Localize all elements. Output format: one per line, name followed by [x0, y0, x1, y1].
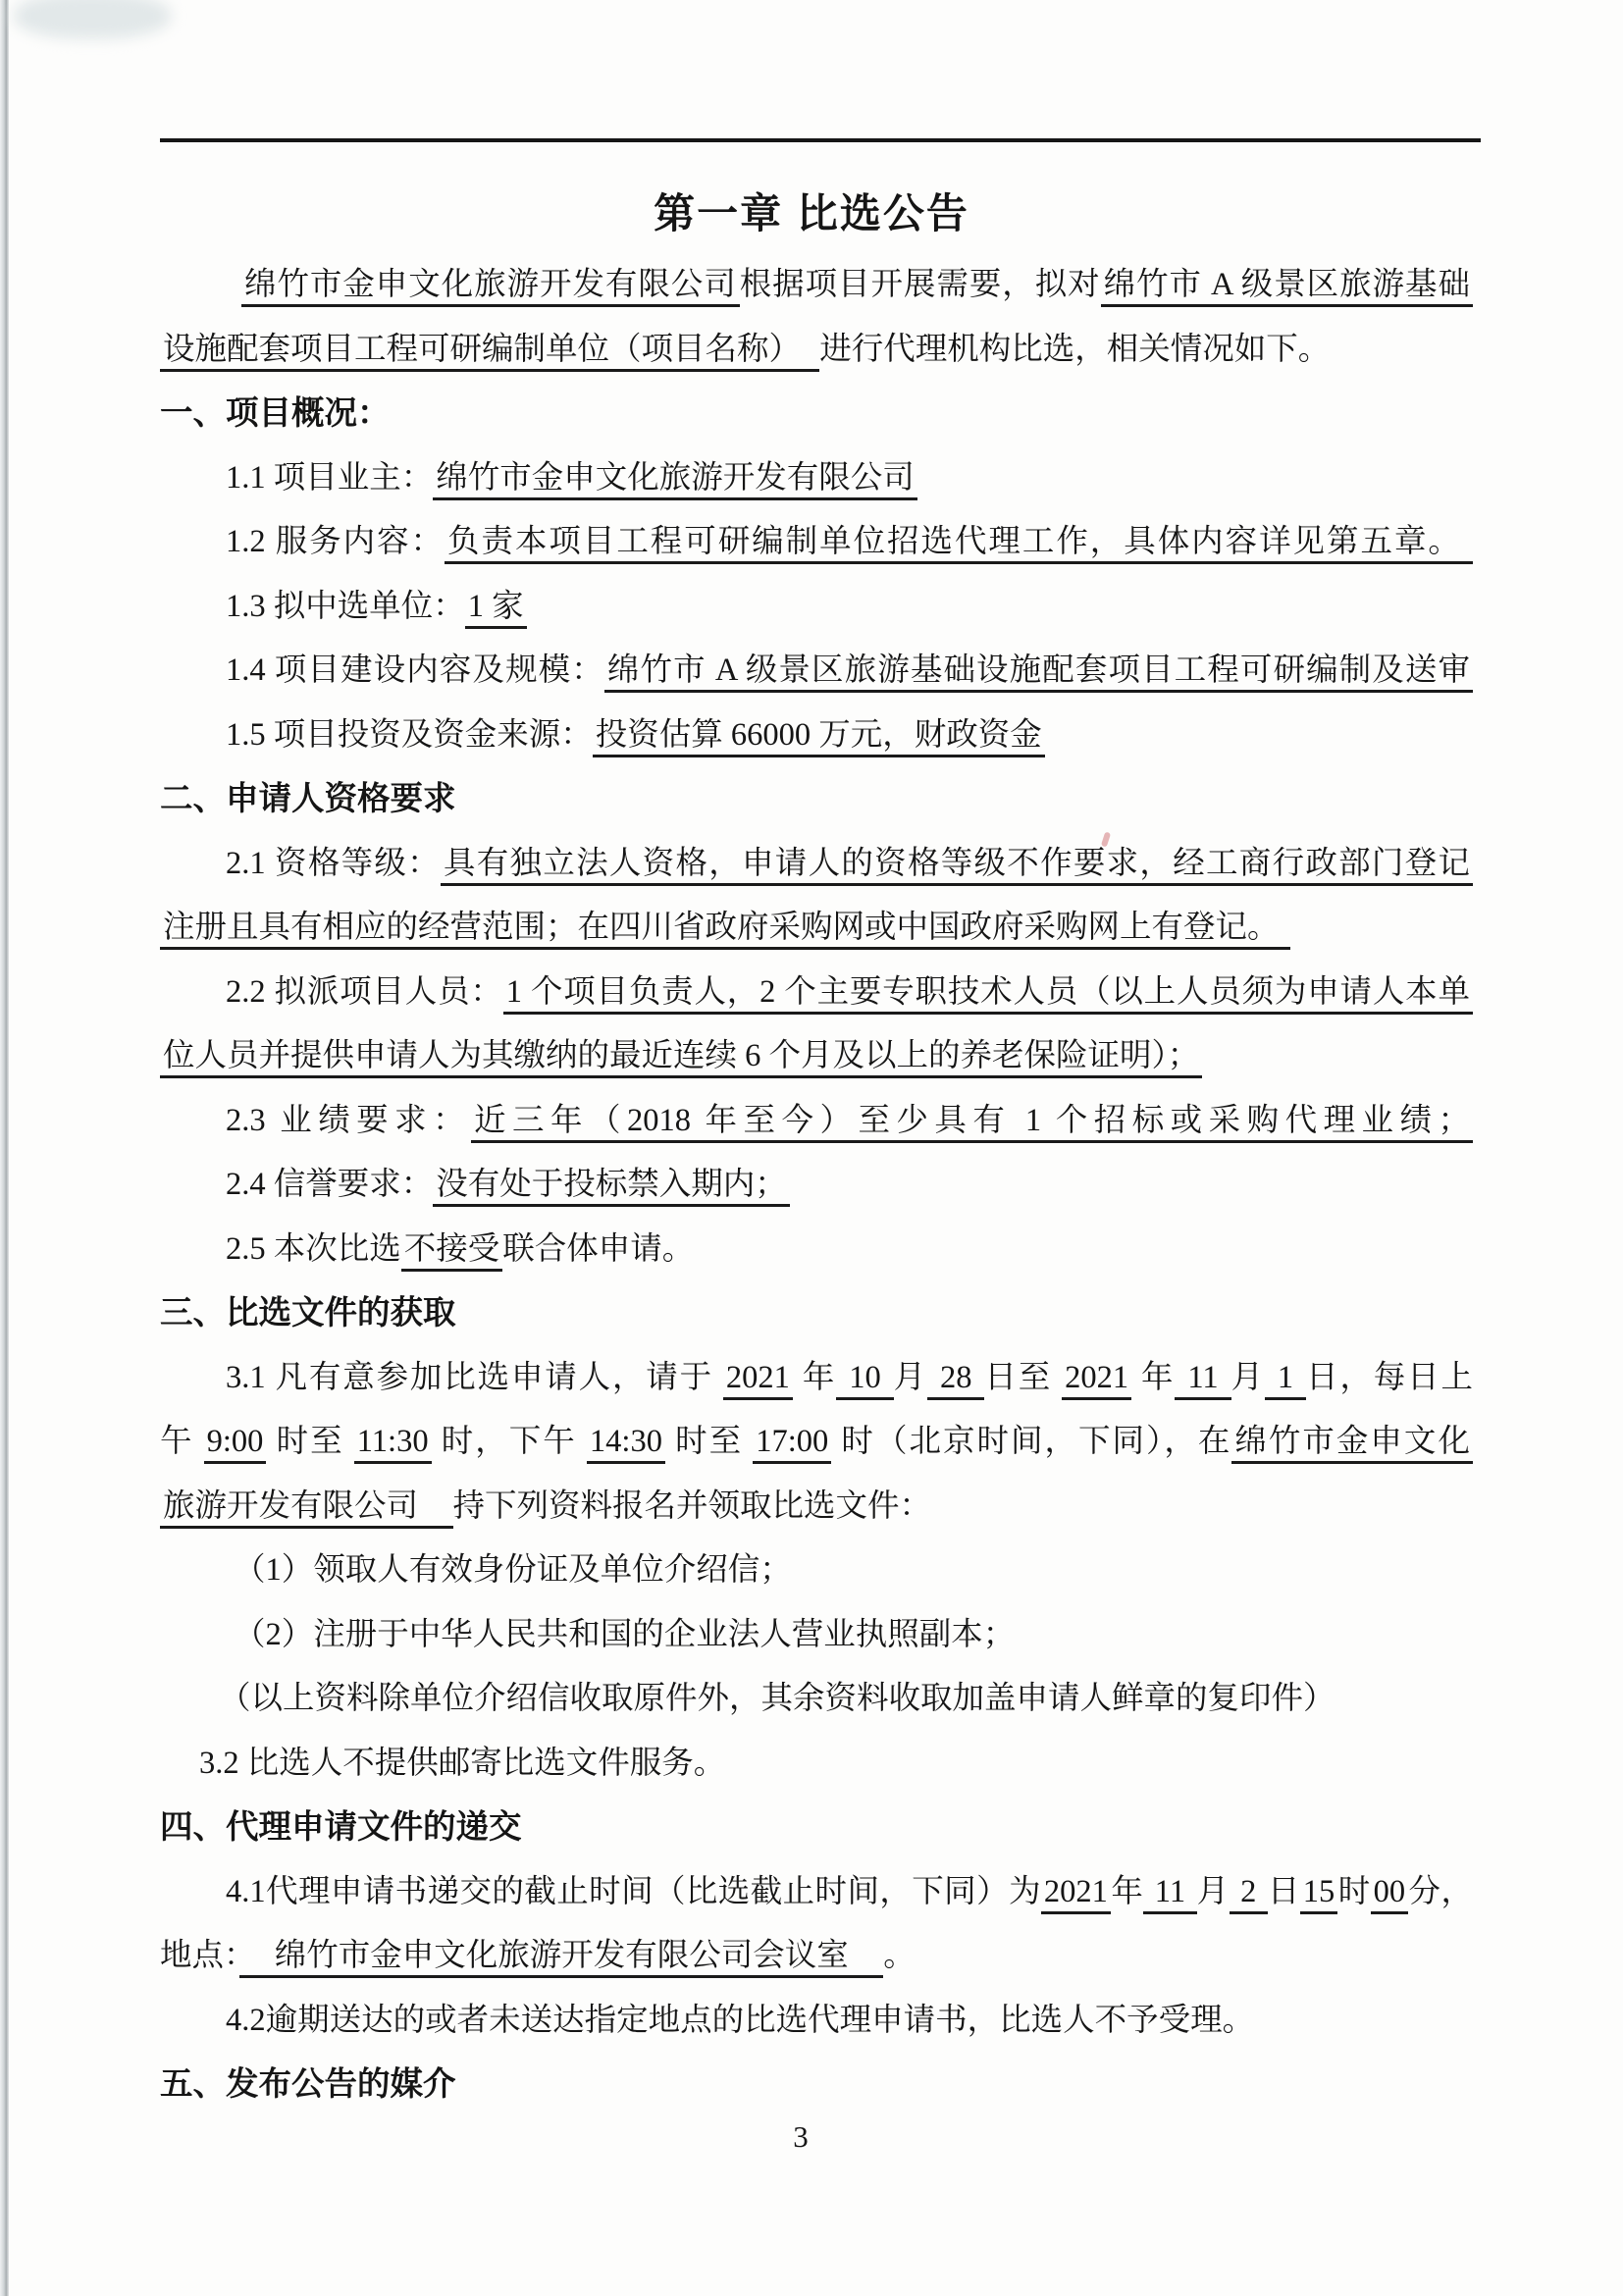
text-segment: 根据项目开展需要，拟对 [740, 267, 1101, 302]
text-segment: 二、申请人资格要求 [160, 781, 456, 817]
text-line: 地点： 绵竹市金申文化旅游开发有限公司会议室 。 [160, 1924, 1473, 1989]
text-line: 1.2 服务内容：负责本项目工程可研编制单位招选代理工作，具体内容详见第五章。 [160, 510, 1473, 575]
text-line: 2.4 信誉要求：没有处于投标禁入期内； [160, 1153, 1473, 1218]
underlined-text-segment: 00 [1371, 1874, 1409, 1914]
text-line: 2.2 拟派项目人员：1 个项目负责人，2 个主要专职技术人员（以上人员须为申请… [160, 961, 1473, 1025]
text-segment: 日 [1268, 1874, 1300, 1909]
header-rule [160, 138, 1481, 142]
text-segment: 2.4 信誉要求： [226, 1167, 433, 1202]
text-line: 1.3 拟中选单位：1 家 [160, 575, 1473, 640]
section-heading: 二、申请人资格要求 [160, 767, 1473, 832]
text-line: 注册且具有相应的经营范围；在四川省政府采购网或中国政府采购网上有登记。 [160, 896, 1473, 961]
text-line: 1.1 项目业主：绵竹市金申文化旅游开发有限公司 [160, 446, 1473, 511]
text-segment: （2）注册于中华人民共和国的企业法人营业执照副本； [234, 1617, 1015, 1652]
section-heading: 五、发布公告的媒介 [160, 2053, 1473, 2117]
text-segment: 时，下午 [432, 1424, 587, 1459]
underlined-text-segment: 近三年（2018 年至今）至少具有 1 个招标或采购代理业绩； [471, 1103, 1473, 1143]
text-segment: 午 [160, 1424, 204, 1459]
underlined-text-segment: 位人员并提供申请人为其缴纳的最近连续 6 个月及以上的养老保险证明）； [160, 1038, 1202, 1078]
text-line: 午 9:00 时至 11:30 时，下午 14:30 时至 17:00 时（北京… [160, 1410, 1473, 1475]
underlined-text-segment: 2021 [1041, 1874, 1111, 1914]
text-line: 2.5 本次比选不接受联合体申请。 [160, 1218, 1473, 1282]
underlined-text-segment: 投资估算 66000 万元，财政资金 [593, 717, 1045, 757]
text-segment: 1.3 拟中选单位： [226, 589, 465, 624]
section-heading: 三、比选文件的获取 [160, 1281, 1473, 1346]
text-segment: （以上资料除单位介绍信收取原件外，其余资料收取加盖申请人鲜章的复印件） [219, 1681, 1335, 1716]
text-segment: 2.3 业绩要求： [226, 1103, 471, 1138]
underlined-text-segment: 绵竹市 A 级景区旅游基础设施配套项目工程可研编制及送审 [604, 652, 1473, 693]
text-segment: 地点： [160, 1938, 239, 1973]
underlined-text-segment: 没有处于投标禁入期内； [433, 1167, 790, 1207]
text-line: 3.1 凡有意参加比选申请人，请于 2021 年 10 月 28 日至 2021… [160, 1346, 1473, 1411]
underlined-text-segment: 2 [1230, 1874, 1268, 1914]
underlined-text-segment: 11:30 [354, 1424, 432, 1464]
scan-smudge-artifact [14, 0, 171, 39]
text-segment: 年 [1131, 1360, 1175, 1395]
text-line: 1.4 项目建设内容及规模：绵竹市 A 级景区旅游基础设施配套项目工程可研编制及… [160, 639, 1473, 704]
text-line: 3.2 比选人不提供邮寄比选文件服务。 [160, 1732, 1473, 1797]
underlined-text-segment: 10 [836, 1360, 893, 1400]
underlined-text-segment: 绵竹市金申文化旅游开发有限公司 [433, 460, 917, 500]
text-segment: 年 [1111, 1874, 1143, 1909]
text-line: 4.2逾期送达的或者未送达指定地点的比选代理申请书，比选人不予受理。 [160, 1989, 1473, 2054]
text-line: 2.1 资格等级：具有独立法人资格，申请人的资格等级不作要求，经工商行政部门登记 [160, 832, 1473, 897]
underlined-text-segment: 28 [927, 1360, 984, 1400]
text-segment: 时 [1337, 1874, 1370, 1909]
underlined-text-segment: 2021 [723, 1360, 793, 1400]
text-segment: 月 [1231, 1360, 1265, 1395]
text-segment: 时（北京时间，下同），在 [831, 1424, 1231, 1459]
text-segment: 1.4 项目建设内容及规模： [226, 652, 604, 688]
text-line: （1）领取人有效身份证及单位介绍信； [160, 1539, 1473, 1603]
underlined-text-segment: 1 个项目负责人，2 个主要专职技术人员（以上人员须为申请人本单 [503, 974, 1473, 1015]
underlined-text-segment: 2021 [1062, 1360, 1131, 1400]
text-segment: 2.5 本次比选 [226, 1231, 401, 1267]
text-segment: 四、代理申请文件的递交 [160, 1809, 522, 1846]
text-segment: 1.5 项目投资及资金来源： [226, 717, 593, 753]
underlined-text-segment: 9:00 [204, 1424, 267, 1464]
text-segment: 4.1代理申请书递交的截止时间（比选截止时间，下同）为 [226, 1874, 1041, 1909]
text-segment: 时至 [665, 1424, 753, 1459]
underlined-text-segment: 绵竹市 A 级景区旅游基础 [1101, 267, 1473, 307]
text-segment: （1）领取人有效身份证及单位介绍信； [234, 1552, 792, 1588]
scan-edge-artifact [0, 0, 9, 2296]
text-segment: 进行代理机构比选，相关情况如下。 [819, 332, 1330, 367]
text-line: 1.5 项目投资及资金来源：投资估算 66000 万元，财政资金 [160, 704, 1473, 768]
underlined-text-segment: 绵竹市金申文化 [1231, 1424, 1473, 1464]
text-line: 位人员并提供申请人为其缴纳的最近连续 6 个月及以上的养老保险证明）； [160, 1024, 1473, 1089]
page-number: 3 [0, 2119, 1601, 2155]
text-segment: 时至 [266, 1424, 353, 1459]
text-segment: 年 [793, 1360, 836, 1395]
underlined-text-segment: 绵竹市金申文化旅游开发有限公司 [241, 267, 740, 307]
text-segment: 2.1 资格等级： [226, 846, 441, 881]
text-line: （以上资料除单位介绍信收取原件外，其余资料收取加盖申请人鲜章的复印件） [160, 1667, 1473, 1732]
underlined-text-segment: 旅游开发有限公司 [160, 1488, 453, 1529]
underlined-text-segment: 设施配套项目工程可研编制单位（项目名称） [160, 332, 819, 372]
underlined-text-segment: 15 [1300, 1874, 1338, 1914]
underlined-text-segment: 11 [1143, 1874, 1196, 1914]
text-segment: 2.2 拟派项目人员： [226, 974, 503, 1010]
chapter-title: 第一章 比选公告 [0, 188, 1623, 239]
text-segment: 分， [1408, 1874, 1473, 1909]
text-segment: 月 [1197, 1874, 1230, 1909]
text-line: 2.3 业绩要求：近三年（2018 年至今）至少具有 1 个招标或采购代理业绩； [160, 1089, 1473, 1154]
underlined-text-segment: 不接受 [401, 1231, 503, 1272]
text-segment: 3.2 比选人不提供邮寄比选文件服务。 [199, 1746, 725, 1781]
text-segment: 日，每日上 [1306, 1360, 1473, 1395]
text-line: （2）注册于中华人民共和国的企业法人营业执照副本； [160, 1603, 1473, 1668]
underlined-text-segment: 具有独立法人资格，申请人的资格等级不作要求，经工商行政部门登记 [441, 846, 1473, 886]
text-line: 绵竹市金申文化旅游开发有限公司根据项目开展需要，拟对绵竹市 A 级景区旅游基础 [160, 253, 1473, 318]
section-heading: 四、代理申请文件的递交 [160, 1796, 1473, 1860]
underlined-text-segment: 11 [1175, 1360, 1230, 1400]
text-segment: 三、比选文件的获取 [160, 1295, 456, 1331]
underlined-text-segment: 1 家 [465, 589, 527, 629]
underlined-text-segment: 绵竹市金申文化旅游开发有限公司会议室 [239, 1938, 883, 1978]
text-segment: 月 [894, 1360, 927, 1395]
document-page: 第一章 比选公告 绵竹市金申文化旅游开发有限公司根据项目开展需要，拟对绵竹市 A… [0, 0, 1623, 2296]
text-segment: 五、发布公告的媒介 [160, 2066, 456, 2103]
underlined-text-segment: 负责本项目工程可研编制单位招选代理工作，具体内容详见第五章。 [445, 524, 1473, 564]
text-line: 设施配套项目工程可研编制单位（项目名称） 进行代理机构比选，相关情况如下。 [160, 318, 1473, 383]
text-line: 4.1代理申请书递交的截止时间（比选截止时间，下同）为2021年 11 月 2 … [160, 1860, 1473, 1925]
underlined-text-segment: 1 [1265, 1360, 1306, 1400]
text-segment: 一、项目概况： [160, 395, 391, 432]
section-heading: 一、项目概况： [160, 382, 1473, 446]
underlined-text-segment: 14:30 [587, 1424, 665, 1464]
text-line: 旅游开发有限公司 持下列资料报名并领取比选文件： [160, 1475, 1473, 1539]
text-segment: 1.1 项目业主： [226, 460, 433, 496]
underlined-text-segment: 注册且具有相应的经营范围；在四川省政府采购网或中国政府采购网上有登记。 [160, 910, 1290, 950]
underlined-text-segment: 17:00 [753, 1424, 831, 1464]
document-body: 绵竹市金申文化旅游开发有限公司根据项目开展需要，拟对绵竹市 A 级景区旅游基础设… [160, 253, 1473, 2117]
text-segment: 联合体申请。 [502, 1231, 694, 1267]
text-segment: 4.2逾期送达的或者未送达指定地点的比选代理申请书，比选人不予受理。 [226, 2003, 1254, 2038]
text-segment: 持下列资料报名并领取比选文件： [453, 1488, 932, 1524]
text-segment: 3.1 凡有意参加比选申请人，请于 [226, 1360, 723, 1395]
text-segment: 日至 [984, 1360, 1062, 1395]
text-segment: 1.2 服务内容： [226, 524, 445, 559]
text-segment: 。 [883, 1938, 916, 1973]
